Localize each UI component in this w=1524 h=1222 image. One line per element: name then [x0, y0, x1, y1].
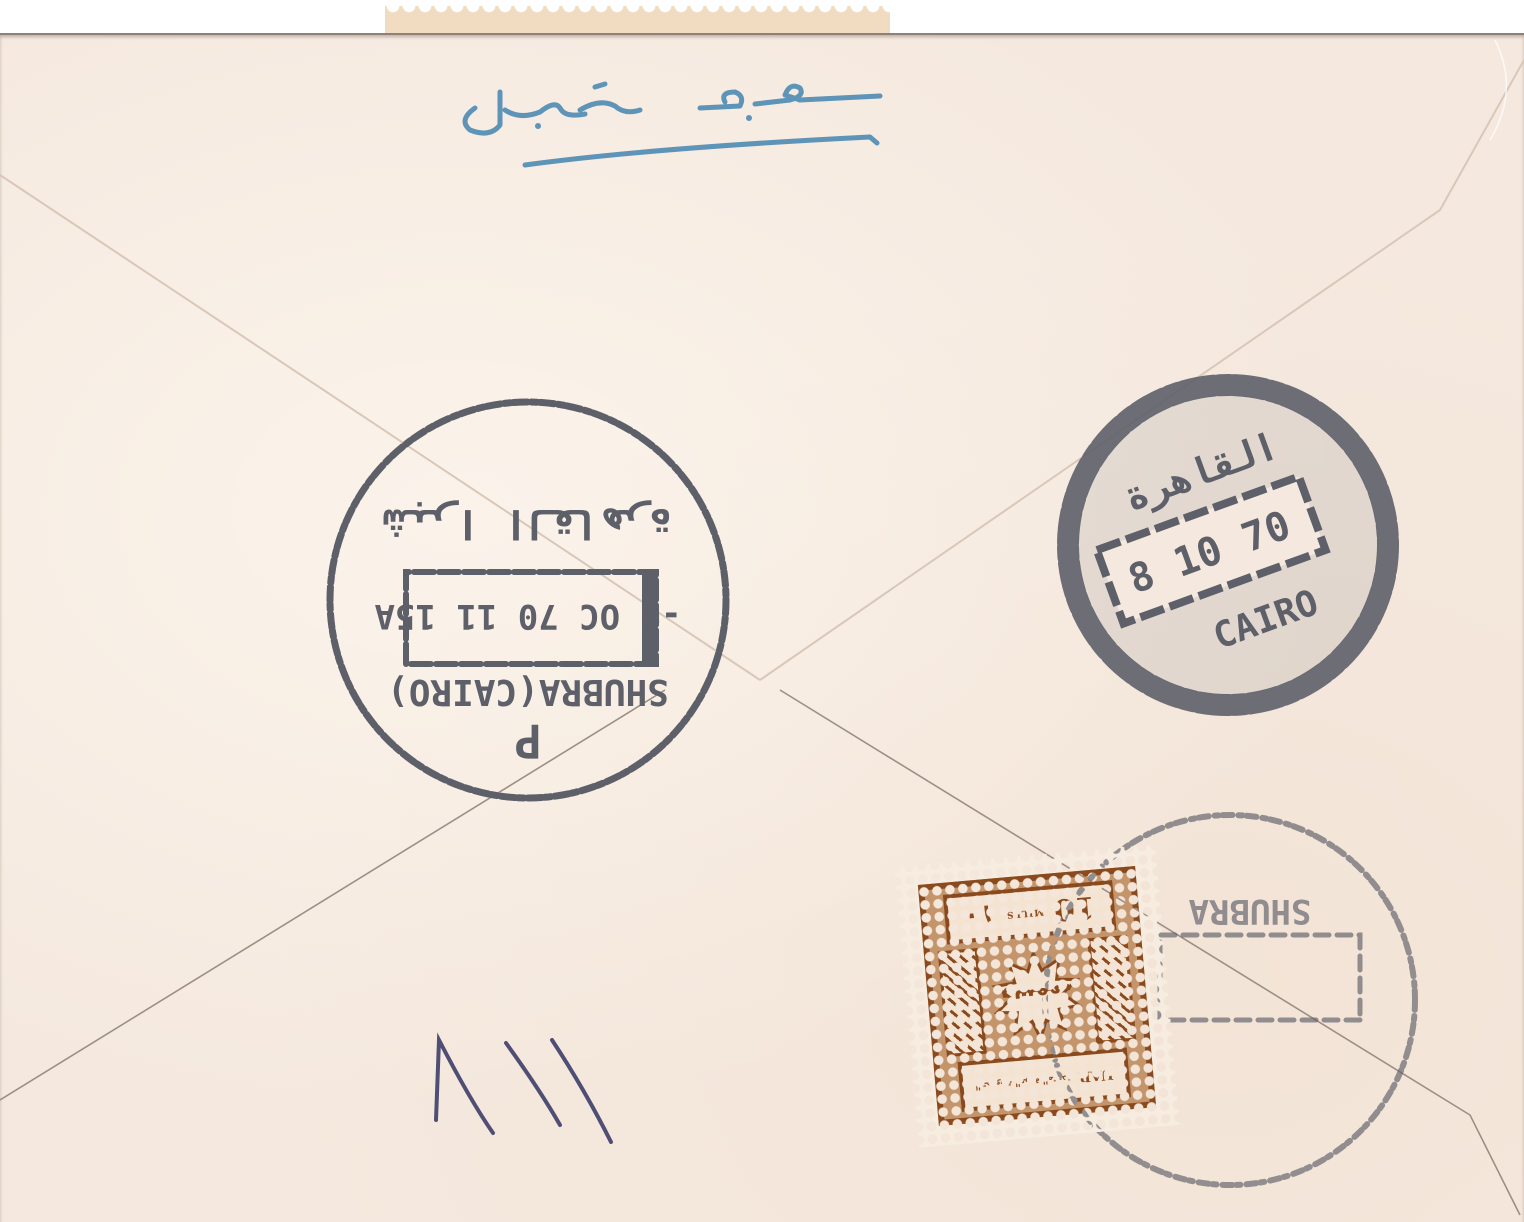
pencil-note-text: ٨١١ — [0, 0, 2, 1]
pencil-note: ٨١١ — [0, 0, 1524, 1222]
